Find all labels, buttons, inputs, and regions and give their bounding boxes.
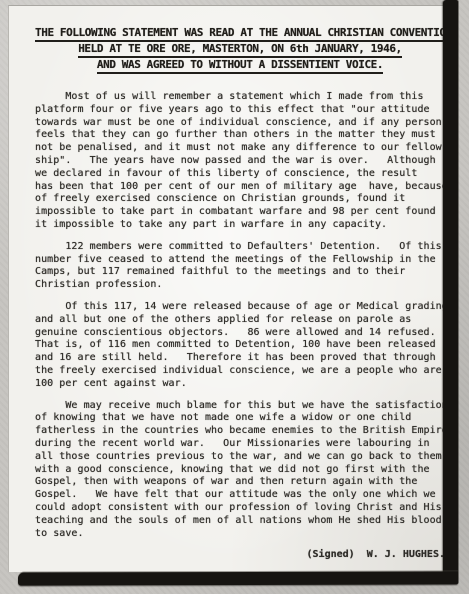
paragraph-1: Most of us will remember a statement whi…	[35, 91, 443, 232]
header-line-3: AND WAS AGREED TO WITHOUT A DISSENTIENT …	[35, 58, 445, 74]
header-line-1: THE FOLLOWING STATEMENT WAS READ AT THE …	[35, 26, 445, 42]
document-header: THE FOLLOWING STATEMENT WAS READ AT THE …	[35, 26, 445, 74]
paragraph-4: We may receive much blame for this but w…	[35, 400, 443, 541]
document-page: THE FOLLOWING STATEMENT WAS READ AT THE …	[8, 5, 443, 572]
signature-line: (Signed) W. J. HUGHES.	[35, 549, 447, 560]
scan-shadow-right-edge	[443, 0, 458, 584]
paragraph-3: Of this 117, 14 were released because of…	[35, 301, 443, 391]
header-line-2: HELD AT TE ORE ORE, MASTERTON, ON 6th JA…	[35, 42, 445, 58]
scanned-document-screenshot: { "colors": { "page": "#f2f1ed", "ink": …	[0, 0, 469, 594]
paragraph-2: 122 members were committed to Defaulters…	[35, 241, 443, 292]
scan-shadow-bottom-edge	[18, 571, 458, 585]
